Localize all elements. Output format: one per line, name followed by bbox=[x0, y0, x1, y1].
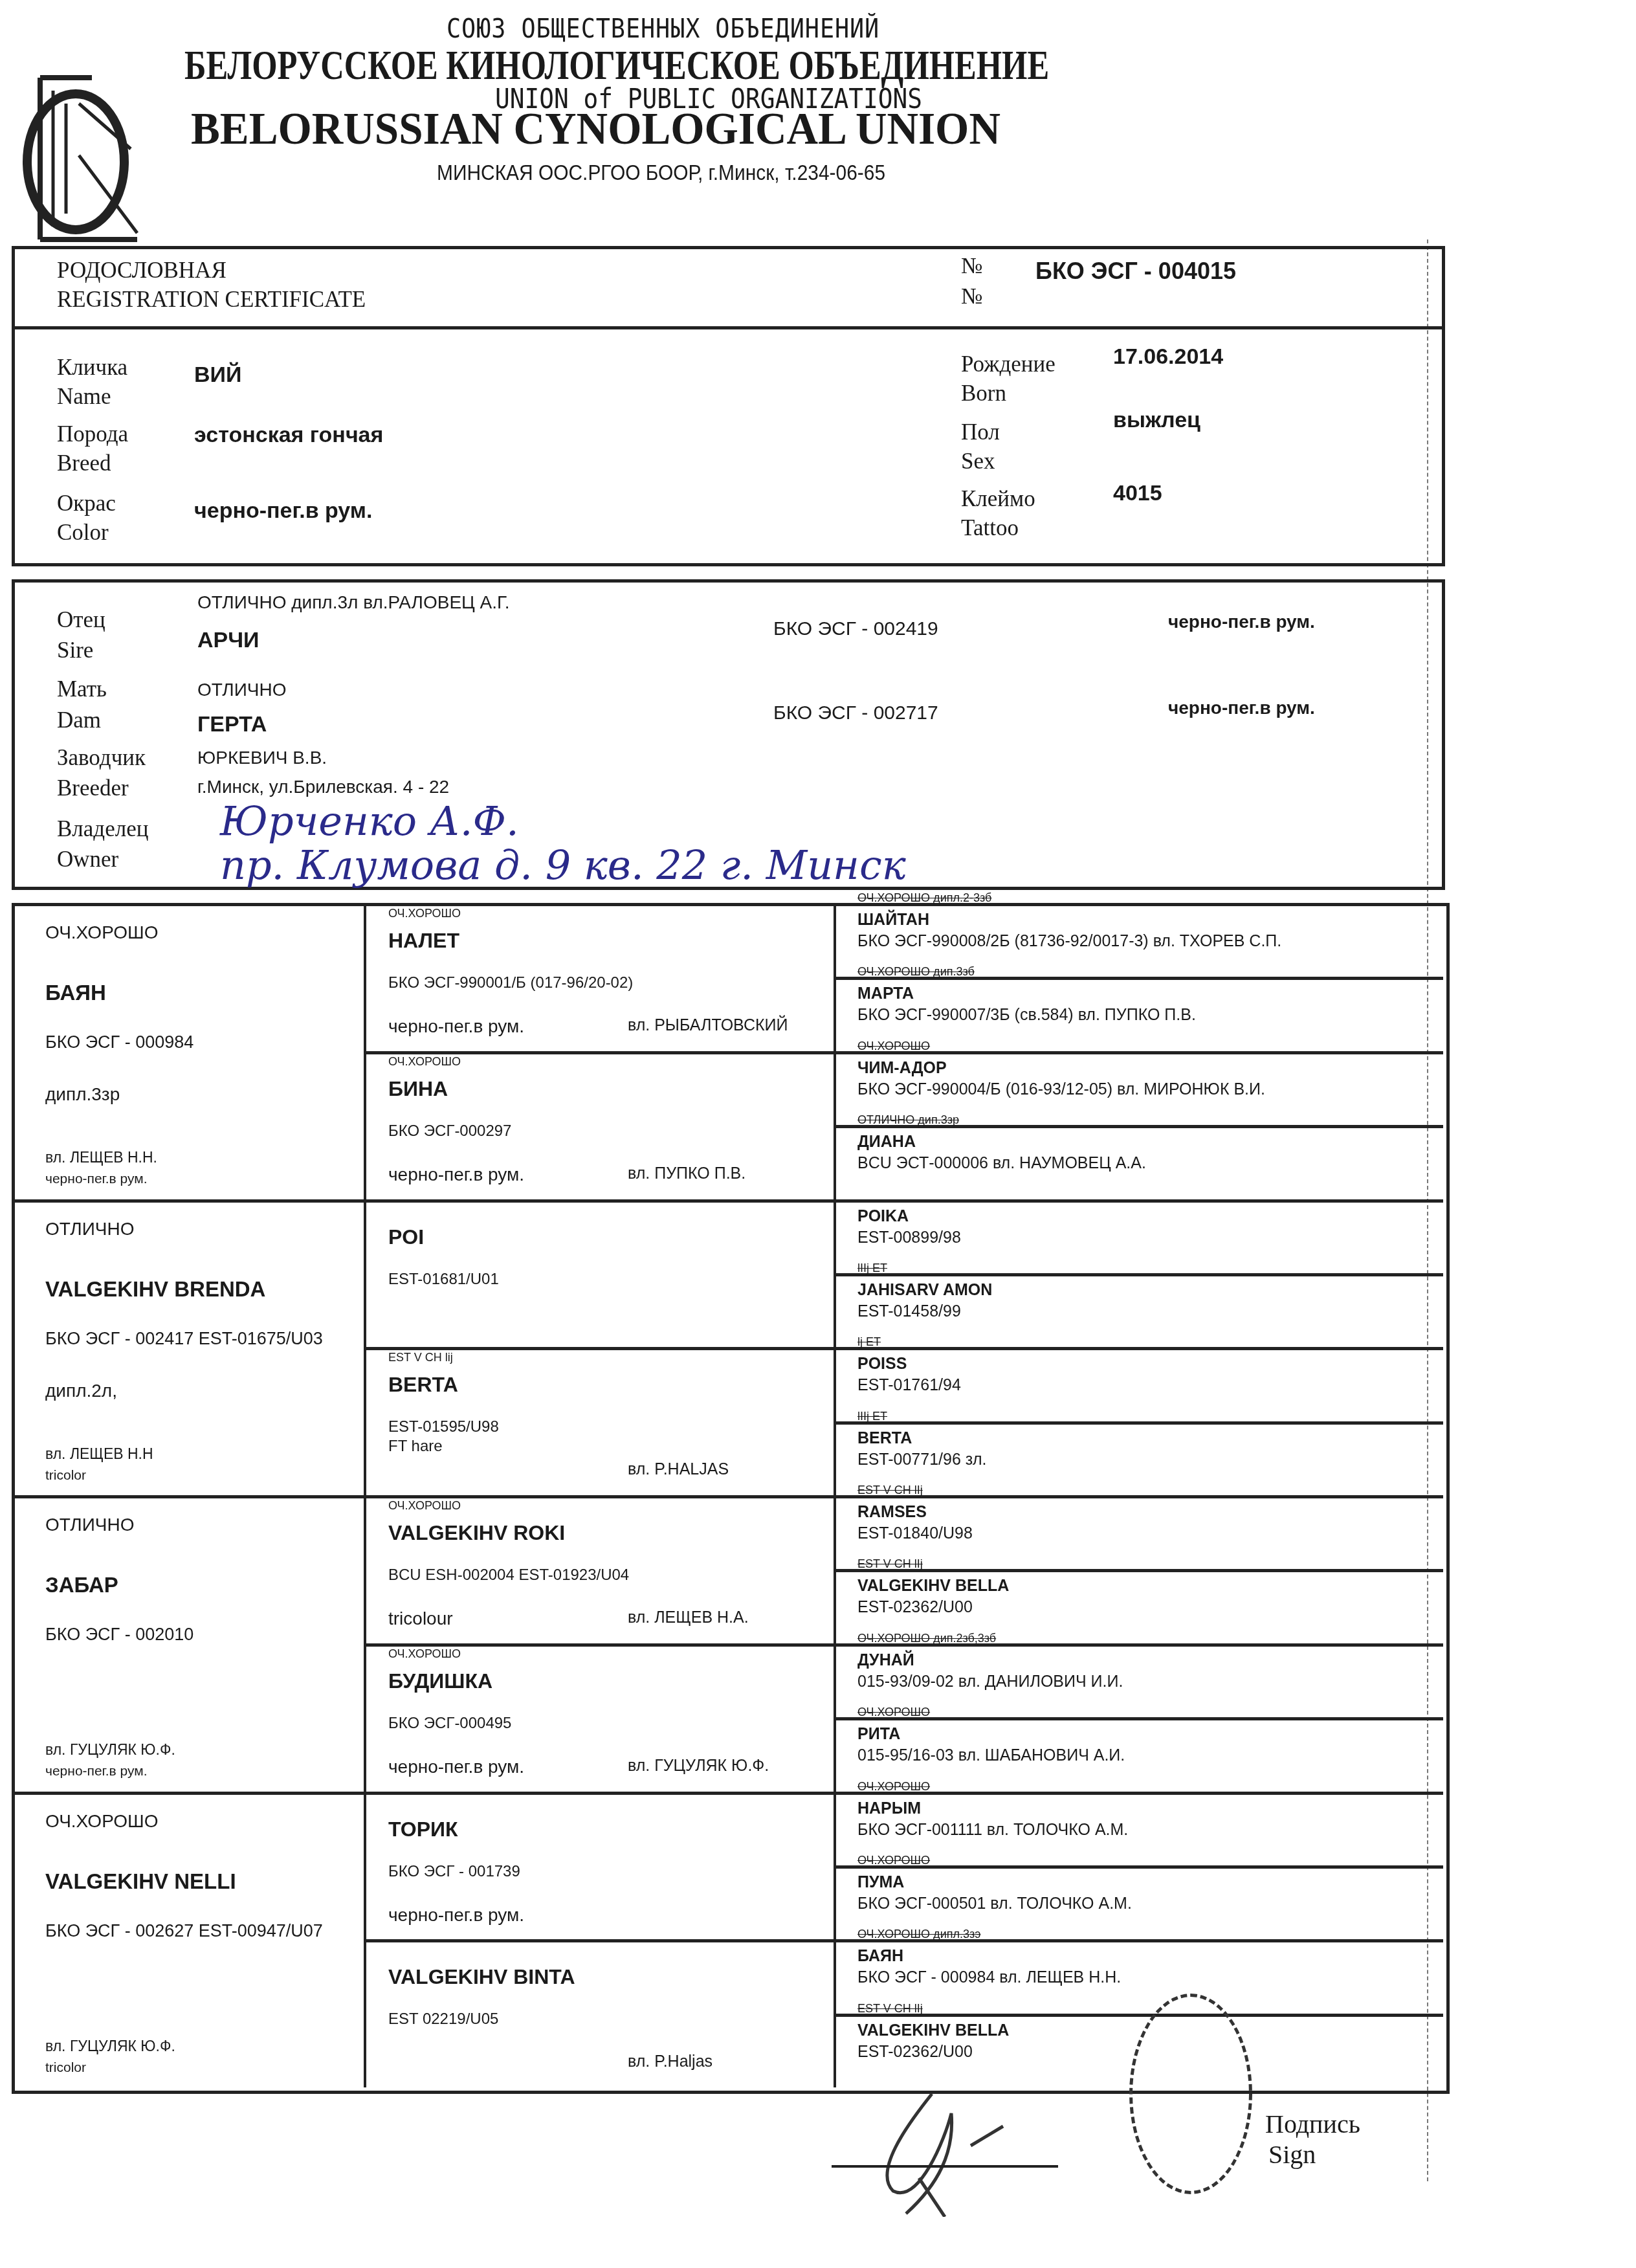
great-grandparent-owner: вл. РЫБАЛТОВСКИЙ bbox=[628, 1016, 788, 1035]
header-org-en: BELORUSSIAN CYNOLOGICAL UNION bbox=[191, 104, 1000, 155]
breed-label-ru: Порода bbox=[57, 419, 128, 449]
great-grandparent-color: черно-пег.в рум. bbox=[388, 1757, 524, 1777]
grandparent-reg: БКО ЭСГ - 002417 EST-01675/U03 bbox=[45, 1329, 323, 1349]
dam-label-en: Dam bbox=[57, 706, 101, 735]
name-label-en: Name bbox=[57, 382, 111, 412]
color-label-en: Color bbox=[57, 518, 109, 548]
dog-born: 17.06.2014 bbox=[1113, 344, 1223, 370]
breeder-label-ru: Заводчик bbox=[57, 743, 146, 773]
great-grandparent-grade: ОЧ.ХОРОШО bbox=[388, 907, 461, 920]
dam-reg: БКО ЭСГ - 002717 bbox=[773, 702, 938, 724]
ggg-name: VALGEKIHV BELLA bbox=[857, 1577, 1009, 1595]
great-grandparent-name: VALGEKIHV BINTA bbox=[388, 1965, 575, 1989]
ggg-name: POIKA bbox=[857, 1207, 909, 1226]
great-grandparent-reg: EST-01681/U01 bbox=[388, 1271, 499, 1289]
ggg-grade: EST V CH lIj bbox=[857, 1557, 923, 1571]
ggg-grade: ОЧ.ХОРОШО дипл.3зэ bbox=[857, 1928, 980, 1941]
ggg-name: ПУМА bbox=[857, 1873, 904, 1892]
ggg-grade: lIIj ET bbox=[857, 1410, 887, 1423]
great-grandparent-color: черно-пег.в рум. bbox=[388, 1905, 524, 1926]
ggg-grade: lIIj ET bbox=[857, 1262, 887, 1275]
great-grandparent-reg: БКО ЭСГ-990001/Б (017-96/20-02) bbox=[388, 974, 633, 992]
ggg-grade: ОЧ.ХОРОШО дипл.2-3зб bbox=[857, 891, 991, 905]
color-label-ru: Окрас bbox=[57, 489, 116, 518]
ggg-details: EST-00771/96 зл. bbox=[857, 1451, 987, 1469]
owner-label-ru: Владелец bbox=[57, 814, 148, 844]
signature-line bbox=[832, 2165, 1058, 2168]
grandparent-reg: БКО ЭСГ - 002627 EST-00947/U07 bbox=[45, 1921, 323, 1941]
grandparent-owner: вл. ЛЕЩЕВ Н.Н bbox=[45, 1445, 153, 1463]
ggg-details: EST-01840/U98 bbox=[857, 1524, 973, 1543]
sire-reg: БКО ЭСГ - 002419 bbox=[773, 618, 938, 640]
grandparent-reg: БКО ЭСГ - 000984 bbox=[45, 1032, 193, 1052]
ggg-grade: ОЧ.ХОРОШО bbox=[857, 1854, 930, 1867]
great-grandparent-grade: EST V CH lij bbox=[388, 1351, 453, 1364]
ggg-details: БКО ЭСГ-990004/Б (016-93/12-05) вл. МИРО… bbox=[857, 1080, 1265, 1099]
ggg-grade: ОТЛИЧНО дип.3зр bbox=[857, 1113, 959, 1127]
grandparent-title: дипл.2л, bbox=[45, 1381, 117, 1401]
grandparent-grade: ОТЛИЧНО bbox=[45, 1219, 134, 1240]
bku-monogram-icon bbox=[14, 65, 150, 246]
grandparent-name: VALGEKIHV NELLI bbox=[45, 1869, 236, 1894]
great-grandparent-name: POI bbox=[388, 1225, 424, 1249]
sire-name: АРЧИ bbox=[197, 628, 260, 653]
born-label-en: Born bbox=[961, 379, 1006, 408]
great-grandparent-note: FT hare bbox=[388, 1438, 443, 1456]
ggg-name: РИТА bbox=[857, 1725, 900, 1744]
grandparent-grade: ОТЛИЧНО bbox=[45, 1515, 134, 1535]
great-grandparent-reg: БКО ЭСГ - 001739 bbox=[388, 1863, 520, 1881]
great-grandparent-name: НАЛЕТ bbox=[388, 929, 459, 953]
sire-grade: ОТЛИЧНО дипл.3л вл.РАЛОВЕЦ А.Г. bbox=[197, 592, 510, 613]
great-grandparent-reg: BCU ESH-002004 EST-01923/U04 bbox=[388, 1566, 629, 1584]
dam-name: ГЕРТА bbox=[197, 712, 267, 737]
breeder-name: ЮРКЕВИЧ В.В. bbox=[197, 748, 327, 768]
great-grandparent-color: черно-пег.в рум. bbox=[388, 1164, 524, 1185]
great-grandparent-owner: вл. ЛЕЩЕВ Н.А. bbox=[628, 1608, 749, 1627]
dog-name: ВИЙ bbox=[194, 362, 241, 388]
grandparent-color: черно-пег.в рум. bbox=[45, 1764, 148, 1779]
ggg-name: RAMSES bbox=[857, 1503, 927, 1522]
ggg-details: EST-01761/94 bbox=[857, 1376, 961, 1395]
row-divider bbox=[12, 1495, 1443, 1498]
ggg-name: МАРТА bbox=[857, 984, 914, 1003]
great-grandparent-color: tricolour bbox=[388, 1608, 453, 1629]
ggg-name: BERTA bbox=[857, 1429, 912, 1448]
ggg-details: БКО ЭСГ - 000984 вл. ЛЕЩЕВ Н.Н. bbox=[857, 1968, 1121, 1987]
ggg-name: ДИАНА bbox=[857, 1133, 916, 1151]
grandparent-grade: ОЧ.ХОРОШО bbox=[45, 922, 158, 943]
ggg-name: ДУНАЙ bbox=[857, 1651, 914, 1670]
ggg-details: БКО ЭСГ-001111 вл. ТОЛОЧКО А.М. bbox=[857, 1821, 1128, 1840]
great-grandparent-grade: ОЧ.ХОРОШО bbox=[388, 1499, 461, 1513]
ggg-grade: ОЧ.ХОРОШО дип.3зб bbox=[857, 965, 975, 979]
dog-breed: эстонская гончая bbox=[194, 423, 383, 448]
dog-color: черно-пег.в рум. bbox=[194, 498, 372, 524]
ggg-name: НАРЫМ bbox=[857, 1799, 921, 1818]
ggg-grade: EST V CH lIj bbox=[857, 2002, 923, 2016]
number-symbol-2: № bbox=[961, 282, 982, 311]
ggg-details: EST-00899/98 bbox=[857, 1228, 961, 1247]
ggg-details: EST-02362/U00 bbox=[857, 2043, 973, 2062]
ggg-grade: lj ET bbox=[857, 1335, 881, 1349]
tattoo-label-en: Tattoo bbox=[961, 513, 1019, 543]
ggg-details: БКО ЭСГ-000501 вл. ТОЛОЧКО А.М. bbox=[857, 1895, 1132, 1913]
row-divider bbox=[834, 1421, 1443, 1425]
great-grandparent-owner: вл. P.Haljas bbox=[628, 2052, 713, 2071]
ggg-grade: EST V CH lIj bbox=[857, 1484, 923, 1497]
dog-tattoo: 4015 bbox=[1113, 481, 1162, 506]
owner-address-handwritten: пр. Клумова д. 9 кв. 22 г. Минск bbox=[220, 841, 906, 889]
grandparent-owner: вл. ГУЦУЛЯК Ю.Ф. bbox=[45, 1741, 175, 1759]
ggg-details: 015-93/09-02 вл. ДАНИЛОВИЧ И.И. bbox=[857, 1673, 1123, 1691]
row-divider bbox=[834, 1273, 1443, 1276]
great-grandparent-owner: вл. ГУЦУЛЯК Ю.Ф. bbox=[628, 1757, 769, 1775]
ggg-grade: ОЧ.ХОРОШО bbox=[857, 1780, 930, 1794]
great-grandparent-name: БУДИШКА bbox=[388, 1669, 492, 1693]
row-divider bbox=[12, 1199, 1443, 1203]
header-branch: МИНСКАЯ ООС.РГОО БООР, г.Минск, т.234-06… bbox=[437, 161, 885, 186]
grandparent-owner: вл. ЛЕЩЕВ Н.Н. bbox=[45, 1149, 157, 1166]
number-symbol: № bbox=[961, 251, 982, 281]
born-label-ru: Рождение bbox=[961, 350, 1056, 379]
great-grandparent-reg: EST 02219/U05 bbox=[388, 2010, 498, 2029]
ggg-details: EST-01458/99 bbox=[857, 1302, 961, 1321]
official-seal-icon bbox=[1129, 1994, 1252, 2194]
great-grandparent-reg: EST-01595/U98 bbox=[388, 1418, 499, 1436]
ggg-grade: ОЧ.ХОРОШО bbox=[857, 1706, 930, 1719]
great-grandparent-reg: БКО ЭСГ-000297 bbox=[388, 1122, 511, 1140]
grandparent-color: черно-пег.в рум. bbox=[45, 1172, 148, 1187]
dam-grade: ОТЛИЧНО bbox=[197, 680, 286, 700]
grandparent-reg: БКО ЭСГ - 002010 bbox=[45, 1625, 193, 1645]
divider bbox=[12, 326, 1445, 329]
ggg-name: ШАЙТАН bbox=[857, 911, 929, 929]
sex-label-en: Sex bbox=[961, 447, 995, 476]
title-en: REGISTRATION CERTIFICATE bbox=[57, 285, 366, 315]
great-grandparent-owner: вл. P.HALJAS bbox=[628, 1460, 729, 1479]
grandparent-owner: вл. ГУЦУЛЯК Ю.Ф. bbox=[45, 2038, 175, 2055]
grandparent-name: VALGEKIHV BRENDA bbox=[45, 1277, 265, 1302]
ggg-grade: ОЧ.ХОРОШО дип.2зб,3зб bbox=[857, 1632, 996, 1645]
title-ru: РОДОСЛОВНАЯ bbox=[57, 256, 227, 285]
ggg-name: POISS bbox=[857, 1355, 907, 1373]
sign-label-ru: Подпись bbox=[1265, 2109, 1360, 2139]
ggg-details: БКО ЭСГ-990008/2Б (81736-92/0017-3) вл. … bbox=[857, 932, 1281, 951]
handwritten-signature-icon bbox=[861, 2087, 1035, 2217]
tattoo-label-ru: Клеймо bbox=[961, 484, 1035, 514]
great-grandparent-color: черно-пег.в рум. bbox=[388, 1016, 524, 1037]
row-divider bbox=[364, 1347, 1443, 1350]
grandparent-name: БАЯН bbox=[45, 981, 106, 1005]
grandparent-name: ЗАБАР bbox=[45, 1573, 118, 1597]
sire-label-ru: Отец bbox=[57, 605, 105, 635]
sign-label-en: Sign bbox=[1268, 2139, 1316, 2170]
great-grandparent-reg: БКО ЭСГ-000495 bbox=[388, 1715, 511, 1733]
row-divider bbox=[834, 2014, 1443, 2017]
ggg-grade: ОЧ.ХОРОШО bbox=[857, 1039, 930, 1053]
owner-label-en: Owner bbox=[57, 845, 118, 874]
header-union: СОЮЗ ОБЩЕСТВЕННЫХ ОБЪЕДИНЕНИЙ bbox=[447, 14, 879, 44]
great-grandparent-owner: вл. ПУПКО П.В. bbox=[628, 1164, 746, 1183]
sire-label-en: Sire bbox=[57, 636, 93, 665]
ggg-name: ЧИМ-АДОР bbox=[857, 1059, 947, 1078]
great-grandparent-grade: ОЧ.ХОРОШО bbox=[388, 1055, 461, 1069]
ggg-details: EST-02362/U00 bbox=[857, 1598, 973, 1617]
grandparent-title: дипл.3зр bbox=[45, 1084, 120, 1105]
ggg-name: VALGEKIHV BELLA bbox=[857, 2021, 1009, 2040]
ggg-name: JAHISARV AMON bbox=[857, 1281, 992, 1300]
ggg-name: БАЯН bbox=[857, 1947, 903, 1966]
breeder-label-en: Breeder bbox=[57, 773, 129, 803]
row-divider bbox=[834, 1569, 1443, 1572]
name-label-ru: Кличка bbox=[57, 353, 127, 383]
great-grandparent-name: VALGEKIHV ROKI bbox=[388, 1521, 565, 1545]
row-divider bbox=[12, 1792, 1443, 1795]
dog-sex: выжлец bbox=[1113, 408, 1200, 433]
sex-label-ru: Пол bbox=[961, 417, 1000, 447]
breed-label-en: Breed bbox=[57, 449, 111, 478]
grandparent-grade: ОЧ.ХОРОШО bbox=[45, 1811, 158, 1832]
grandparent-color: tricolor bbox=[45, 1468, 86, 1484]
breeder-address: г.Минск, ул.Брилевская. 4 - 22 bbox=[197, 777, 449, 797]
ggg-details: BCU ЭСТ-000006 вл. НАУМОВЕЦ А.А. bbox=[857, 1154, 1146, 1173]
header-org-ru: БЕЛОРУССКОЕ КИНОЛОГИЧЕСКОЕ ОБЪЕДИНЕНИЕ bbox=[184, 41, 1049, 89]
great-grandparent-name: BERTA bbox=[388, 1373, 458, 1397]
certificate-number: БКО ЭСГ - 004015 bbox=[1035, 258, 1236, 285]
great-grandparent-name: БИНА bbox=[388, 1077, 448, 1101]
owner-name-handwritten: Юрченко А.Ф. bbox=[220, 797, 519, 845]
dam-label-ru: Мать bbox=[57, 674, 107, 704]
great-grandparent-name: ТОРИК bbox=[388, 1818, 458, 1841]
ggg-details: 015-95/16-03 вл. ШАБАНОВИЧ А.И. bbox=[857, 1746, 1125, 1765]
dam-color: черно-пег.в рум. bbox=[1168, 698, 1315, 718]
sire-color: черно-пег.в рум. bbox=[1168, 612, 1315, 632]
great-grandparent-grade: ОЧ.ХОРОШО bbox=[388, 1647, 461, 1661]
ggg-details: БКО ЭСГ-990007/3Б (св.584) вл. ПУПКО П.В… bbox=[857, 1006, 1196, 1025]
grandparent-color: tricolor bbox=[45, 2060, 86, 2076]
